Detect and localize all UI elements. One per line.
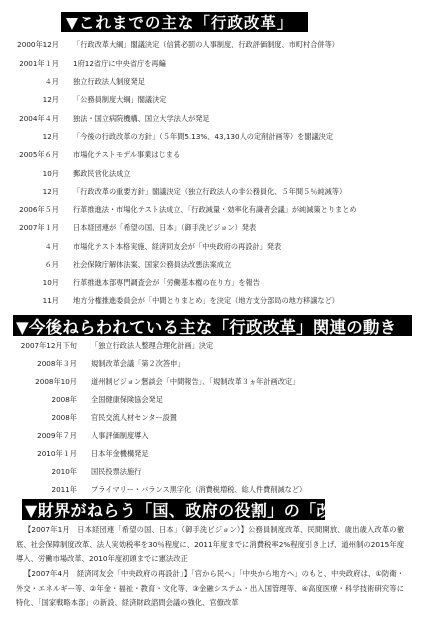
timeline-date: ４月 xyxy=(0,240,59,254)
timeline-text: 人事評価制度導入 xyxy=(91,429,149,443)
timeline-text: 市場化テストモデル事業はじまる xyxy=(73,148,180,162)
timeline-row: 10月行革推進本部専門調査会が「労働基本権の在り方」を報告 xyxy=(0,276,426,290)
section-header-past-reforms: ▼これまでの主な「行政改革」 xyxy=(61,12,308,32)
timeline-text: 日本年金機構発足 xyxy=(91,447,149,461)
timeline-text: 規制改革会議「第２次答申」 xyxy=(91,357,184,371)
timeline-text: 市場化テスト本格実施、経済同友会が「中央政府の再設計」発表 xyxy=(73,240,281,254)
timeline-row: 2005年６月市場化テストモデル事業はじまる xyxy=(0,148,426,162)
timeline-row: ６月社会保険庁解体法案、国家公務員法改悪法案成立 xyxy=(0,258,426,272)
timeline-row: 11月地方分権推進委員会が「中間とりまとめ」を決定（地方支分部局の地方移譲など） xyxy=(0,294,426,308)
timeline-row: 2008年３月規制改革会議「第２次答申」 xyxy=(0,357,426,371)
timeline-text: 郵政民営化法成立 xyxy=(73,167,131,181)
timeline-date: 2009年７月 xyxy=(0,429,77,443)
timeline-row: 12月「今後の行政改革の方針」（５年間5.13%、43,130人の定削計画等）を… xyxy=(0,130,426,144)
timeline-date: 2008年 xyxy=(0,411,77,425)
timeline-row: 2008年全国健康保険協会発足 xyxy=(0,393,426,407)
timeline-date: 2004年４月 xyxy=(0,112,59,126)
timeline-row: 10月郵政民営化法成立 xyxy=(0,167,426,181)
timeline-row: 2007年12月下旬「独立行政法人整理合理化計画」決定 xyxy=(0,339,426,353)
timeline-date: 2006年５月 xyxy=(0,203,59,217)
timeline-text: 1府12省庁に中央省庁を再編 xyxy=(73,57,166,71)
timeline-text: 日本経団連が「希望の国、日本」（御手洗ビジョン）発表 xyxy=(73,221,256,235)
timeline-row: 2004年４月独法・国立病院機構、国立大学法人が発足 xyxy=(0,112,426,126)
timeline-row: 2010年１月日本年金機構発足 xyxy=(0,447,426,461)
timeline-text: 行革推進法・市場化テスト法成立、「行政減量・効率化有識者会議」が純減策とりまとめ xyxy=(73,203,357,217)
timeline-date: 10月 xyxy=(0,276,59,290)
timeline-text: 独法・国立病院機構、国立大学法人が発足 xyxy=(73,112,210,126)
timeline-text: 社会保険庁解体法案、国家公務員法改悪法案成立 xyxy=(73,258,231,272)
doyukai-redesign-paragraph: 【2007年4月 経済同友会「中央政府の再設計」】「官から民へ」「中央から地方へ… xyxy=(16,567,404,611)
timeline-date: 2000年12月 xyxy=(0,38,59,52)
timeline-date: 11月 xyxy=(0,294,59,308)
timeline-date: 12月 xyxy=(0,93,59,107)
timeline-row: ４月独立行政法人制度発足 xyxy=(0,75,426,89)
timeline-date: 2010年 xyxy=(0,465,77,479)
timeline-text: 道州制ビジョン懇談会「中間報告」、「規制改革３ヵ年計画改定」 xyxy=(91,375,299,389)
timeline-text: 国民投票法施行 xyxy=(91,465,141,479)
timeline-text: 「独立行政法人整理合理化計画」決定 xyxy=(91,339,213,353)
timeline-date: 2008年３月 xyxy=(0,357,77,371)
timeline-date: ４月 xyxy=(0,75,59,89)
timeline-text: 「今後の行政改革の方針」（５年間5.13%、43,130人の定削計画等）を閣議決… xyxy=(73,130,333,144)
timeline-text: 「公務員制度大綱」閣議決定 xyxy=(73,93,166,107)
timeline-date: 2005年６月 xyxy=(0,148,59,162)
timeline-row: 2007年１月日本経団連が「希望の国、日本」（御手洗ビジョン）発表 xyxy=(0,221,426,235)
timeline-date: 2007年１月 xyxy=(0,221,59,235)
timeline-date: 12月 xyxy=(0,185,59,199)
timeline-date: 2008年 xyxy=(0,393,77,407)
timeline-date: 2011年 xyxy=(0,483,77,497)
timeline-row: 2000年12月「行政改革大綱」閣議決定（信賞必罰の人事制度、行政評価制度、市町… xyxy=(0,38,426,52)
timeline-row: 2008年官民交流人材センター設置 xyxy=(0,411,426,425)
timeline-row: ４月市場化テスト本格実施、経済同友会が「中央政府の再設計」発表 xyxy=(0,240,426,254)
timeline-date: 12月 xyxy=(0,130,59,144)
timeline-row: 12月「公務員制度大綱」閣議決定 xyxy=(0,93,426,107)
timeline-row: 2001年１月1府12省庁に中央省庁を再編 xyxy=(0,57,426,71)
timeline-text: 官民交流人材センター設置 xyxy=(91,411,177,425)
timeline-date: 2010年１月 xyxy=(0,447,77,461)
timeline-date: ６月 xyxy=(0,258,59,272)
keidanren-vision-paragraph: 【2007年1月 日本経団連「希望の国、日本」（御手洗ビジョン）】公務員制度改革… xyxy=(16,523,404,567)
timeline-date: 2001年１月 xyxy=(0,57,59,71)
timeline-date: 2007年12月下旬 xyxy=(0,339,77,353)
timeline-text: プライマリー・バランス黒字化（消費税増税、総人件費削減など） xyxy=(91,483,306,497)
timeline-row: 2011年プライマリー・バランス黒字化（消費税増税、総人件費削減など） xyxy=(0,483,426,497)
section-header-upcoming-reforms: ▼今後ねらわれている主な「行政改革」関連の動き xyxy=(13,315,412,336)
timeline-text: 独立行政法人制度発足 xyxy=(73,75,145,89)
timeline-row: 2010年国民投票法施行 xyxy=(0,465,426,479)
section-header-business-agenda: ▼財界がねらう「国、政府の役割」の「改革」 xyxy=(22,499,325,520)
timeline-text: 行革推進本部専門調査会が「労働基本権の在り方」を報告 xyxy=(73,276,260,290)
timeline-text: 地方分権推進委員会が「中間とりまとめ」を決定（地方支分部局の地方移譲など） xyxy=(73,294,339,308)
timeline-row: 2006年５月行革推進法・市場化テスト法成立、「行政減量・効率化有識者会議」が純… xyxy=(0,203,426,217)
timeline-text: 全国健康保険協会発足 xyxy=(91,393,163,407)
timeline-row: 2009年７月人事評価制度導入 xyxy=(0,429,426,443)
timeline-date: 2008年10月 xyxy=(0,375,77,389)
timeline-date: 10月 xyxy=(0,167,59,181)
timeline-text: 「行政改革大綱」閣議決定（信賞必罰の人事制度、行政評価制度、市町村合併等） xyxy=(73,38,339,52)
timeline-text: 「行政改革の重要方針」閣議決定（独立行政法人の非公務員化、５年間５％純減等） xyxy=(73,185,346,199)
timeline-row: 12月「行政改革の重要方針」閣議決定（独立行政法人の非公務員化、５年間５％純減等… xyxy=(0,185,426,199)
timeline-row: 2008年10月道州制ビジョン懇談会「中間報告」、「規制改革３ヵ年計画改定」 xyxy=(0,375,426,389)
